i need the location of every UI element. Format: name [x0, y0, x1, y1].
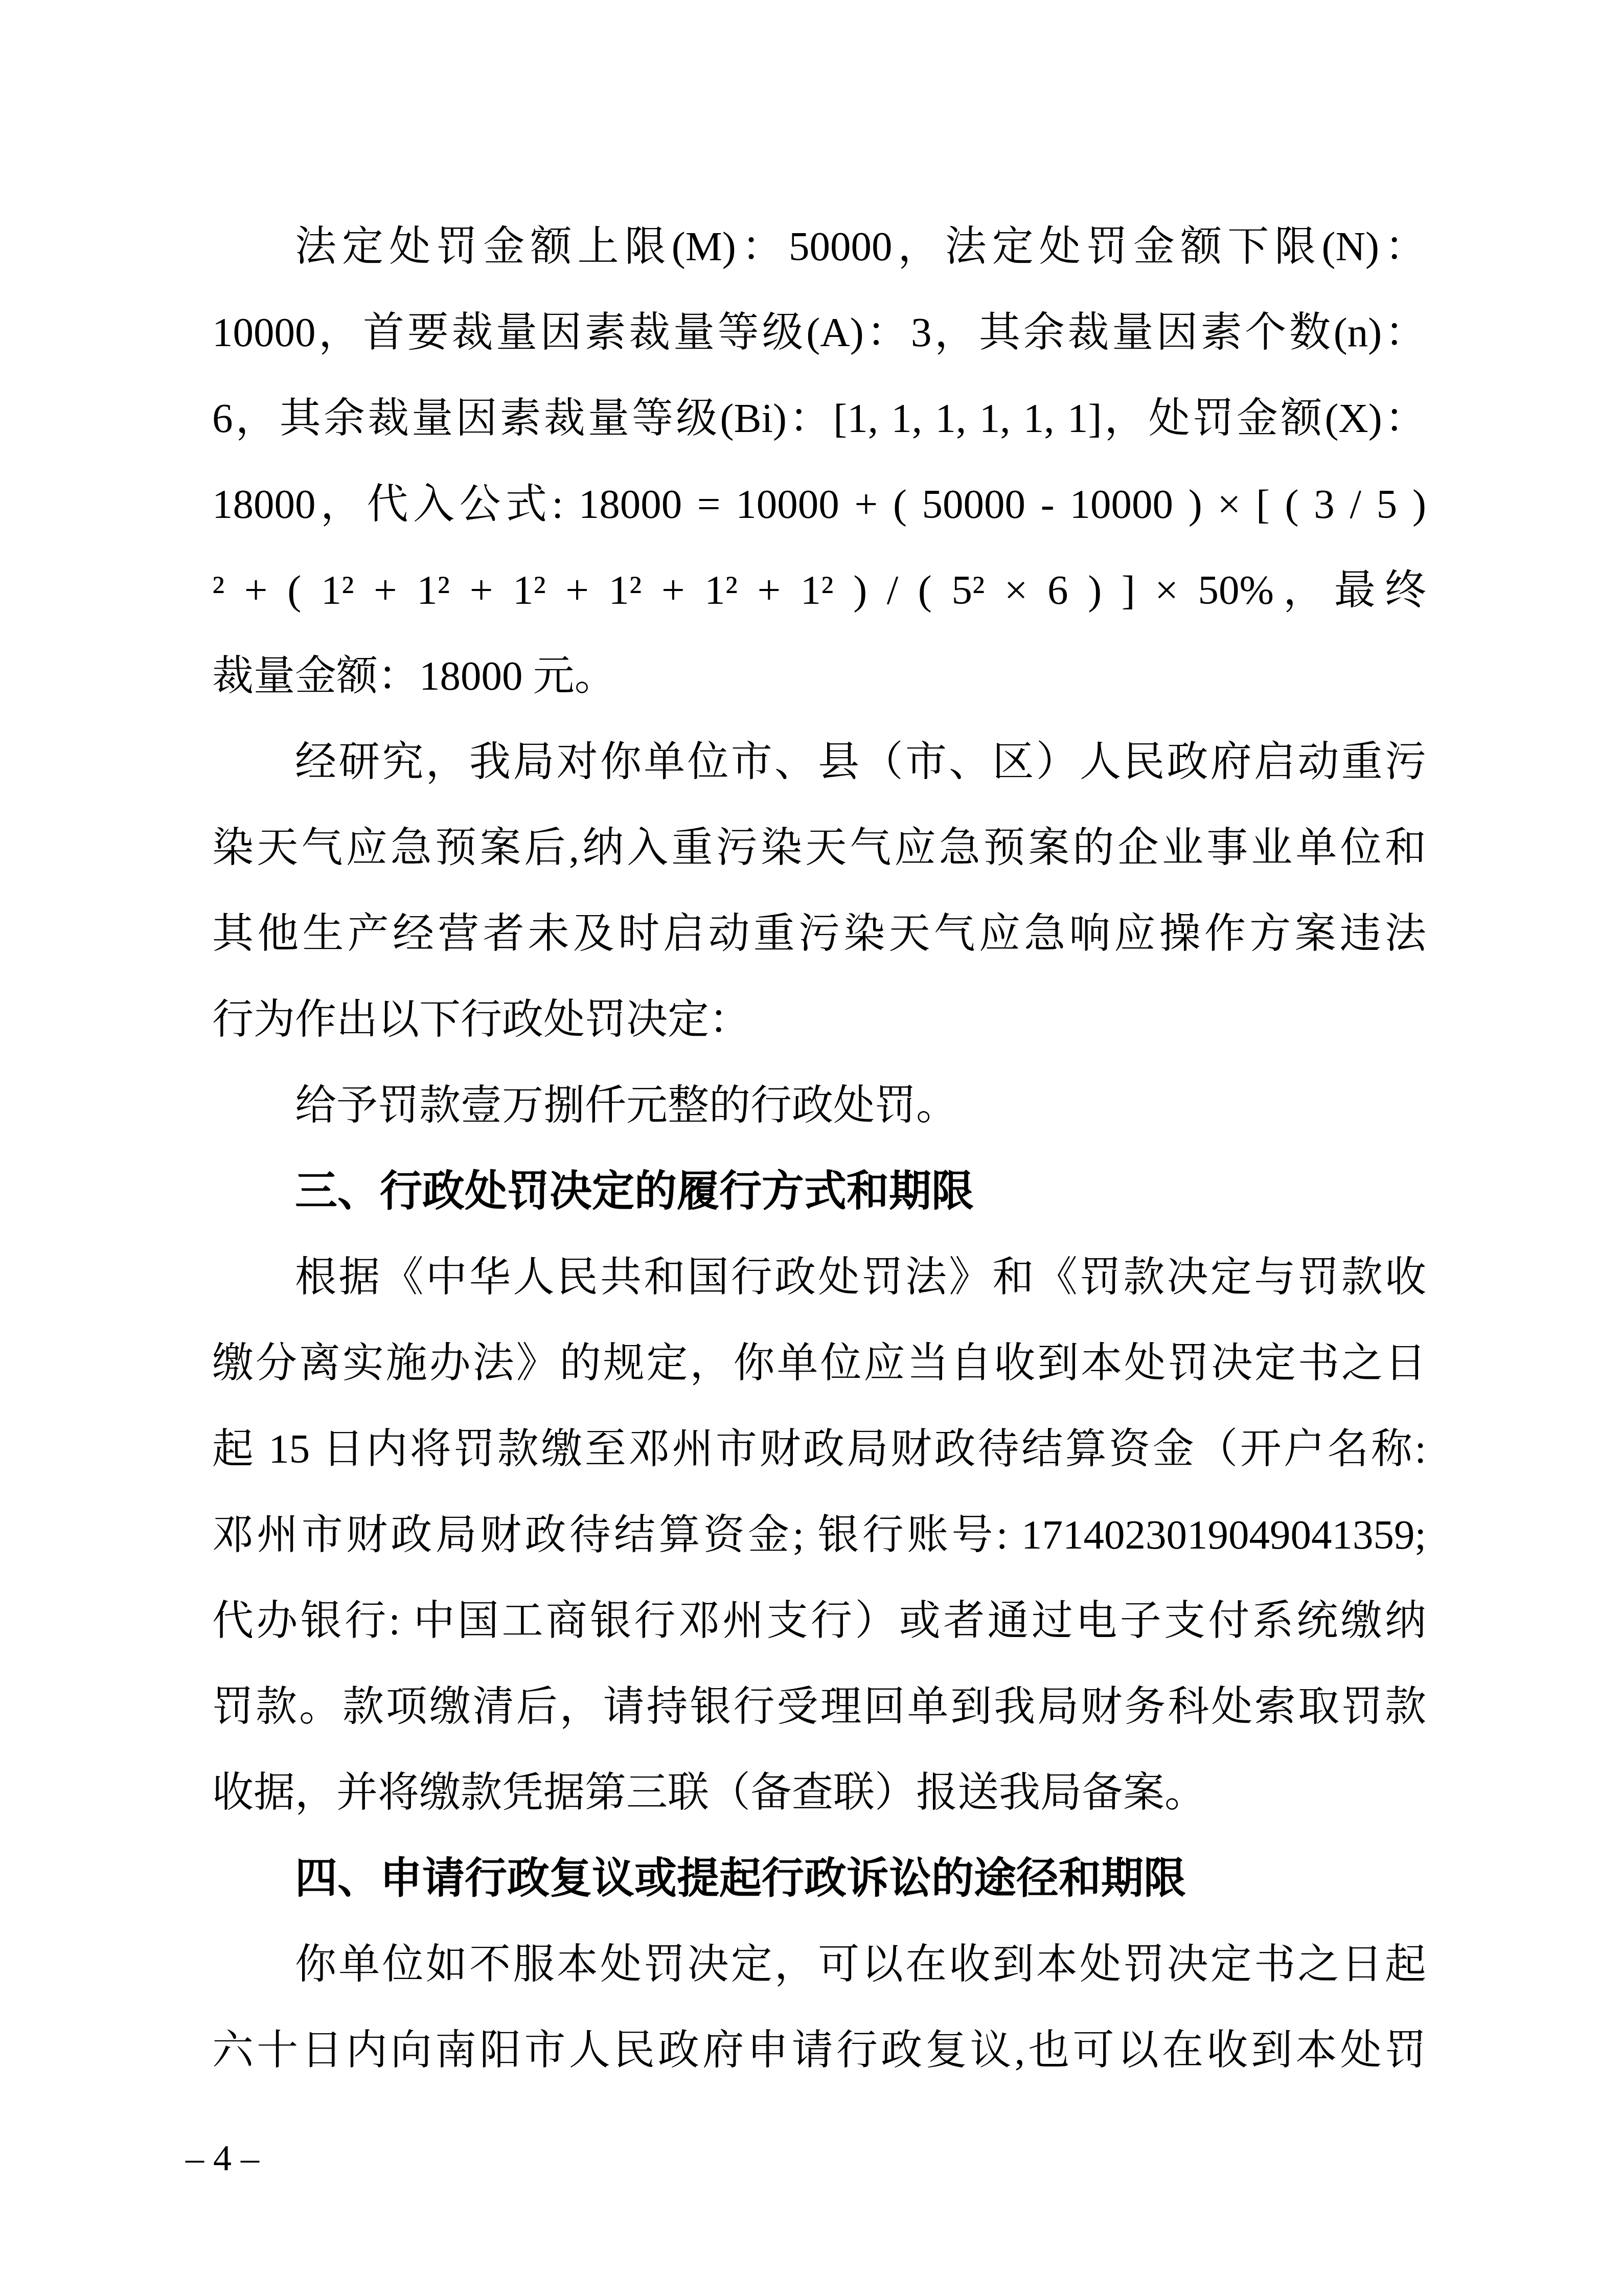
text-line: 10000，首要裁量因素裁量等级(A)：3，其余裁量因素个数(n)： [212, 289, 1426, 375]
text-line: 罚款。款项缴清后，请持银行受理回单到我局财务科处索取罚款 [212, 1664, 1426, 1749]
text-line: 裁量金额：18000 元。 [212, 633, 1426, 719]
text-line: 根据《中华人民共和国行政处罚法》和《罚款决定与罚款收 [212, 1234, 1426, 1320]
text-line: 给予罚款壹万捌仟元整的行政处罚。 [212, 1062, 1426, 1148]
text-line: 六十日内向南阳市人民政府申请行政复议,也可以在收到本处罚 [212, 2007, 1426, 2093]
text-line: 你单位如不服本处罚决定，可以在收到本处罚决定书之日起 [212, 1921, 1426, 2007]
document-page: 法定处罚金额上限(M)：50000，法定处罚金额下限(N)：10000，首要裁量… [0, 0, 1622, 2296]
text-line: 代办银行: 中国工商银行邓州支行）或者通过电子支付系统缴纳 [212, 1578, 1426, 1664]
text-line: 18000，代入公式: 18000 = 10000 + ( 50000 - 10… [212, 461, 1426, 547]
document-body: 法定处罚金额上限(M)：50000，法定处罚金额下限(N)：10000，首要裁量… [212, 203, 1426, 2093]
text-line: 法定处罚金额上限(M)：50000，法定处罚金额下限(N)： [212, 203, 1426, 289]
section-heading: 三、行政处罚决定的履行方式和期限 [212, 1148, 1426, 1234]
text-line: 染天气应急预案后,纳入重污染天气应急预案的企业事业单位和 [212, 805, 1426, 891]
text-line: 邓州市财政局财政待结算资金; 银行账号: 1714023019049041359… [212, 1492, 1426, 1578]
page-number: – 4 – [186, 2136, 259, 2180]
text-line: 缴分离实施办法》的规定，你单位应当自收到本处罚决定书之日 [212, 1320, 1426, 1406]
text-line: ² + ( 1² + 1² + 1² + 1² + 1² + 1² ) / ( … [212, 547, 1426, 633]
text-line: 起 15 日内将罚款缴至邓州市财政局财政待结算资金（开户名称: [212, 1406, 1426, 1492]
text-line: 其他生产经营者未及时启动重污染天气应急响应操作方案违法 [212, 891, 1426, 976]
section-heading: 四、申请行政复议或提起行政诉讼的途径和期限 [212, 1835, 1426, 1921]
text-line: 收据，并将缴款凭据第三联（备查联）报送我局备案。 [212, 1749, 1426, 1835]
text-line: 6，其余裁量因素裁量等级(Bi)：[1, 1, 1, 1, 1, 1]，处罚金额… [212, 375, 1426, 461]
text-line: 经研究，我局对你单位市、县（市、区）人民政府启动重污 [212, 719, 1426, 805]
text-line: 行为作出以下行政处罚决定： [212, 976, 1426, 1062]
